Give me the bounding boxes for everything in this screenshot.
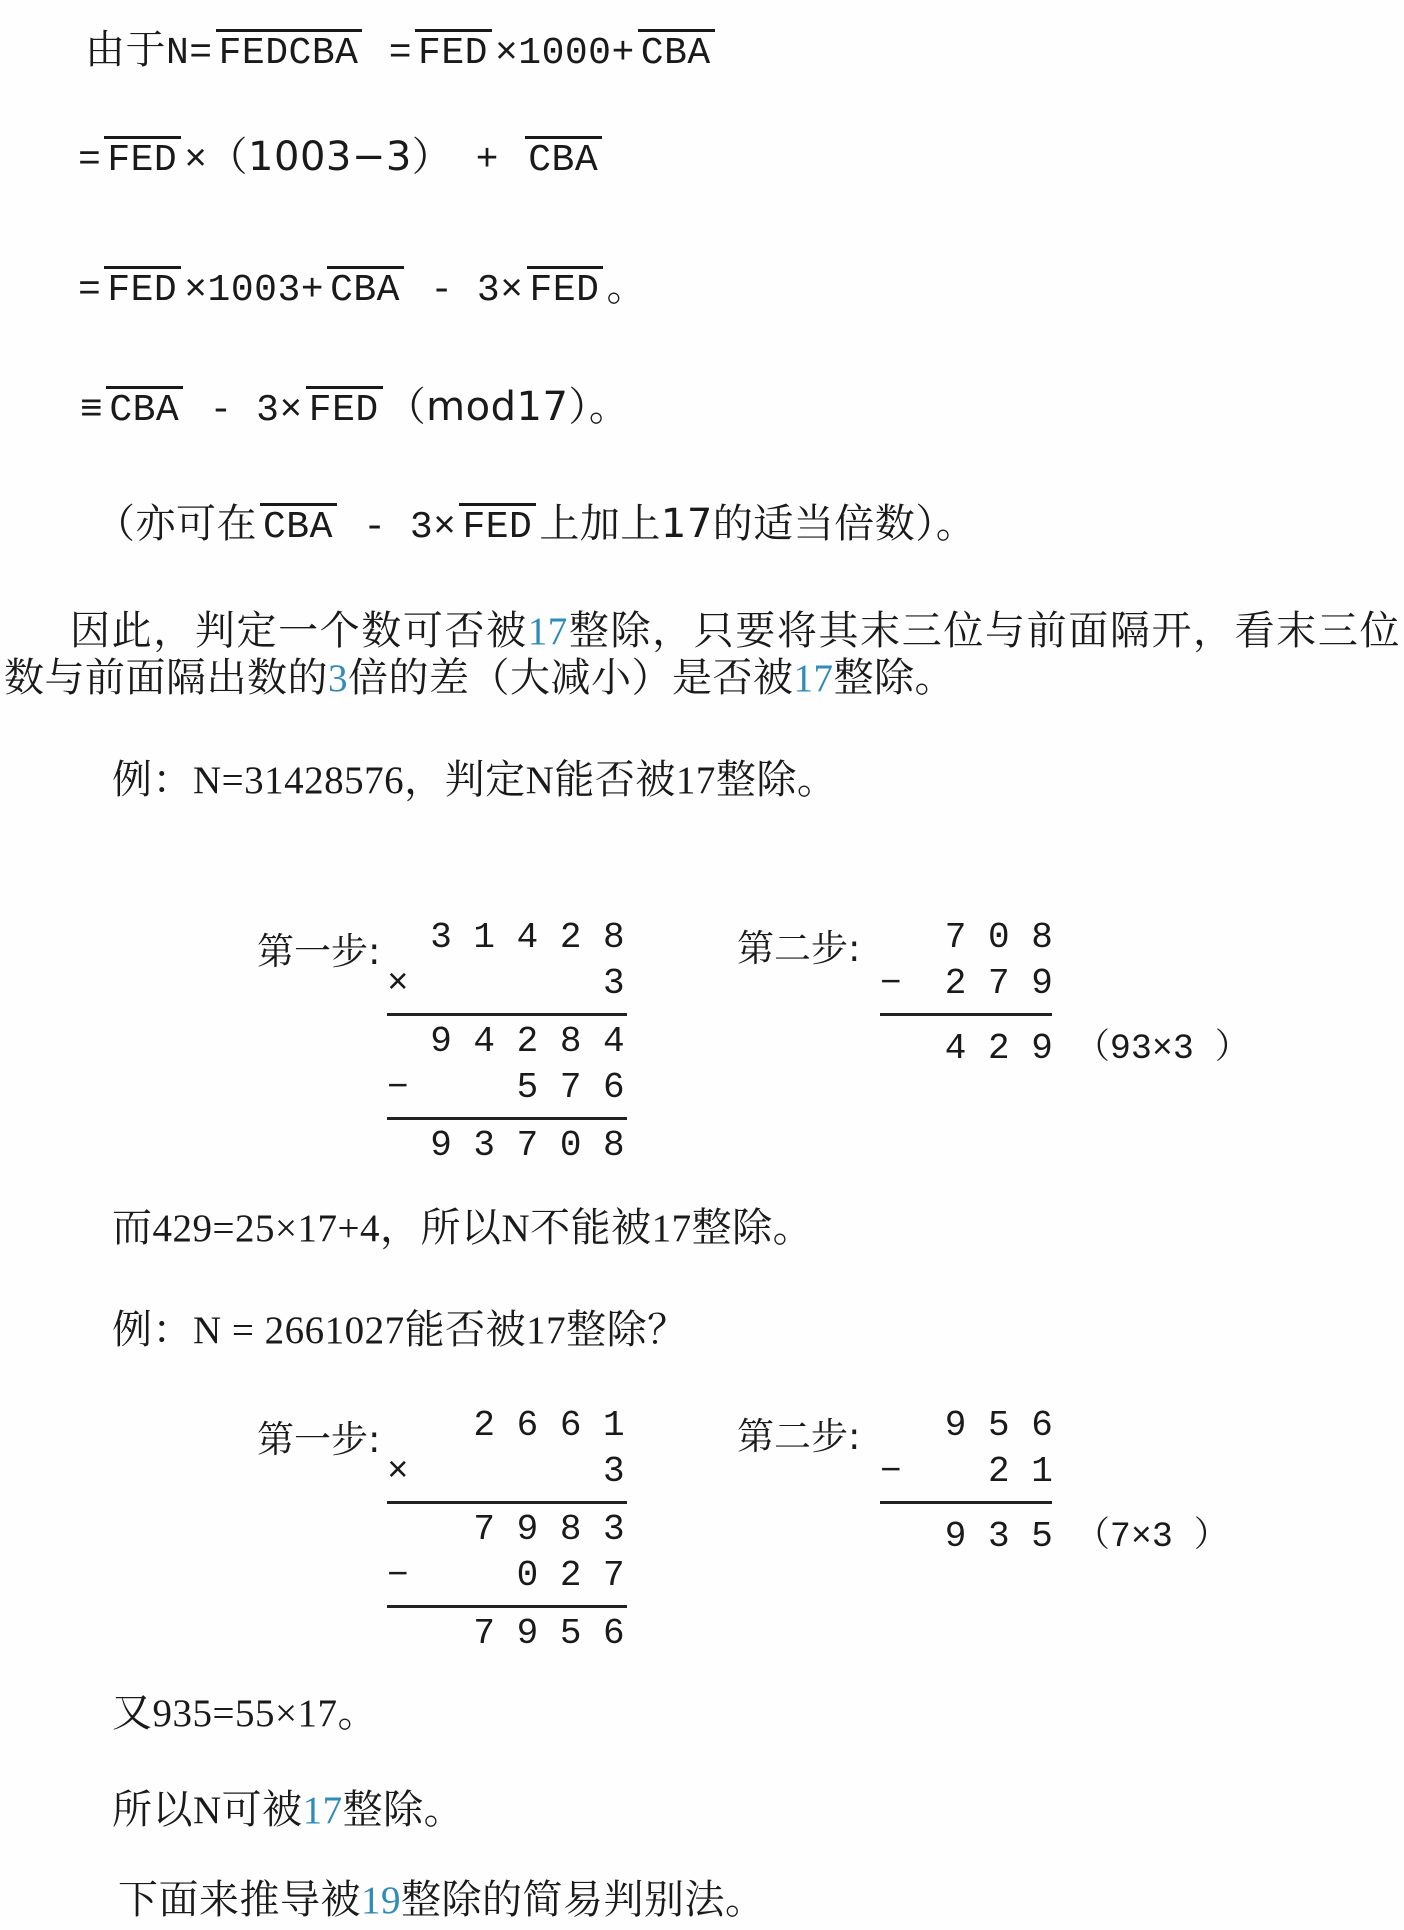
paragraph-text: 倍的差（大减小）是否被 — [348, 655, 794, 701]
rule-line — [387, 1117, 627, 1120]
result-text: ，所以 — [380, 1205, 502, 1251]
formula-term: - 3× — [407, 269, 524, 312]
formula-term: × — [184, 139, 207, 182]
variable-n: N — [501, 1207, 530, 1250]
result1-line: 而429=25×17+4，所以N不能被17整除。 — [112, 1196, 813, 1253]
document-page: 由于N=FEDCBA =FED×1000+CBA =FED×（1003−3） +… — [0, 0, 1404, 1930]
calc-row: 7 0 8 — [880, 915, 1052, 961]
calc-row: − 2 7 9 — [880, 961, 1052, 1007]
number-17: 17 — [526, 1309, 566, 1352]
calc-row: 9 3 5 — [880, 1514, 1053, 1560]
rule-line — [880, 1013, 1052, 1016]
rule-line — [387, 1501, 627, 1504]
example-text: ，判定 — [404, 757, 526, 803]
paragraph-text: 整除。 — [834, 655, 956, 701]
equiv-sign: ≡ — [80, 389, 103, 432]
result-text: 。 — [338, 1690, 379, 1736]
variable-n: N — [526, 759, 555, 802]
example-text: 能否被 — [554, 757, 676, 803]
calc-result-row: 9 3 5 （7×3 ） — [880, 1507, 1052, 1560]
footer-text: 下面来推导被 — [118, 1877, 361, 1923]
calc-row: 2 6 6 1 — [387, 1403, 627, 1449]
calc1-step1-work: 3 1 4 2 8 × 3 9 4 2 8 4 − 5 7 6 9 3 7 0 … — [387, 915, 627, 1169]
overline-term-fed: FED — [459, 503, 536, 548]
example-label: 例： — [112, 1307, 193, 1353]
calc2-step1-work: 2 6 6 1 × 3 7 9 8 3 − 0 2 7 7 9 5 6 — [387, 1403, 627, 1657]
result2a-line: 又935=55×17。 — [112, 1681, 378, 1738]
formula-text: （亦可在 — [95, 501, 257, 547]
rule-line — [387, 1605, 627, 1608]
overline-term-fedcba: FEDCBA — [216, 29, 363, 74]
calc-annotation: （7×3 ） — [1075, 1507, 1229, 1557]
calc-row: − 5 7 6 — [387, 1065, 627, 1111]
formula-line-5: （亦可在CBA - 3×FED上加上17的适当倍数）。 — [95, 492, 976, 549]
formula-paren-expr: （1003−3） — [208, 134, 453, 180]
result-text: 整除。 — [692, 1205, 814, 1251]
formula-term: + — [452, 139, 522, 182]
footer-text: 整除的简易判别法。 — [401, 1877, 766, 1923]
calc-row: 9 5 6 — [880, 1403, 1052, 1449]
calc-row: × 3 — [387, 961, 627, 1007]
calc-row: 9 4 2 8 4 — [387, 1019, 627, 1065]
overline-term-fed: FED — [104, 136, 181, 181]
example-text: 整除。 — [716, 757, 838, 803]
formula-term: N= — [166, 32, 213, 75]
number-3: 3 — [328, 657, 348, 700]
formula-text: 由于 — [85, 27, 166, 73]
formula-term: = — [78, 139, 101, 182]
calc1-step2-label: 第二步: — [737, 918, 860, 972]
number-17: 17 — [652, 1207, 692, 1250]
calc-row: × 3 — [387, 1449, 627, 1495]
calc-row: 7 9 5 6 — [387, 1611, 627, 1657]
result-expression: 429=25×17+4 — [153, 1207, 380, 1250]
overline-term-fed: FED — [306, 386, 383, 431]
overline-term-cba: CBA — [638, 29, 715, 74]
example-text: 整除？ — [566, 1307, 688, 1353]
overline-term-fed: FED — [527, 266, 604, 311]
result-text: 整除。 — [343, 1787, 465, 1833]
calc2-step2-work: 9 5 6 − 2 1 9 3 5 （7×3 ） — [880, 1403, 1052, 1560]
number-17: 17 — [303, 1789, 343, 1832]
calc2-step2-label: 第二步: — [737, 1406, 860, 1460]
formula-period: 。 — [606, 264, 647, 310]
formula-text: 上加上17的适当倍数）。 — [539, 501, 976, 547]
formula-term: = — [365, 32, 412, 75]
example1-line: 例：N=31428576，判定N能否被17整除。 — [112, 748, 837, 805]
formula-term: - 3× — [340, 506, 457, 549]
number-17: 17 — [528, 610, 568, 653]
formula-line-4: ≡CBA - 3×FED（mod17）。 — [80, 375, 629, 432]
number-17: 17 — [676, 759, 716, 802]
overline-term-cba: CBA — [260, 503, 337, 548]
formula-term: = — [78, 269, 101, 312]
calc-annotation: （93×3 ） — [1075, 1019, 1250, 1069]
calc1-step2-work: 7 0 8 − 2 7 9 4 2 9 （93×3 ） — [880, 915, 1052, 1072]
formula-line-3: =FED×1003+CBA - 3×FED。 — [78, 255, 647, 312]
result-text: 可被 — [222, 1787, 303, 1833]
footer-line: 下面来推导被19整除的简易判别法。 — [118, 1868, 766, 1925]
overline-term-cba: CBA — [106, 386, 183, 431]
formula-line-1: 由于N=FEDCBA =FED×1000+CBA — [85, 18, 718, 75]
formula-term: ×1000+ — [495, 32, 635, 75]
overline-term-cba: CBA — [327, 266, 404, 311]
formula-term: - 3× — [186, 389, 303, 432]
mod-note: （mod17）。 — [386, 384, 630, 430]
calc-row: − 2 1 — [880, 1449, 1052, 1495]
rule-line — [880, 1501, 1052, 1504]
result2b-line: 所以N可被17整除。 — [112, 1778, 464, 1835]
overline-term-fed: FED — [415, 29, 492, 74]
result-text: 所以 — [112, 1787, 193, 1833]
example2-line: 例：N = 2661027能否被17整除？ — [112, 1298, 688, 1355]
overline-term-fed: FED — [104, 266, 181, 311]
result-text: 又 — [112, 1690, 153, 1736]
result-text: 而 — [112, 1205, 153, 1251]
overline-term-cba: CBA — [525, 136, 602, 181]
variable-n: N — [193, 1789, 222, 1832]
example-expression: N=31428576 — [193, 759, 404, 802]
calc2-step1-label: 第一步: — [257, 1409, 380, 1463]
rule-line — [387, 1013, 627, 1016]
result-text: 不能被 — [530, 1205, 652, 1251]
formula-line-2: =FED×（1003−3） + CBA — [78, 125, 605, 182]
calc1-step1-label: 第一步: — [257, 921, 380, 975]
formula-term: ×1003+ — [184, 269, 324, 312]
number-19: 19 — [361, 1879, 401, 1922]
rule-paragraph: 因此，判定一个数可否被17整除，只要将其末三位与前面隔开，看末三位数与前面隔出数… — [4, 608, 1400, 702]
calc-row: − 0 2 7 — [387, 1553, 627, 1599]
result-expression: 935=55×17 — [153, 1692, 338, 1735]
number-17: 17 — [794, 657, 834, 700]
example-label: 例： — [112, 757, 193, 803]
calc-row: 7 9 8 3 — [387, 1507, 627, 1553]
calc-row: 9 3 7 0 8 — [387, 1123, 627, 1169]
calc-row: 4 2 9 — [880, 1026, 1053, 1072]
calc-row: 3 1 4 2 8 — [387, 915, 627, 961]
example-text: 能否被 — [405, 1307, 527, 1353]
example-expression: N = 2661027 — [193, 1309, 405, 1352]
paragraph-text: 因此，判定一个数可否被 — [70, 608, 528, 654]
calc-result-row: 4 2 9 （93×3 ） — [880, 1019, 1052, 1072]
